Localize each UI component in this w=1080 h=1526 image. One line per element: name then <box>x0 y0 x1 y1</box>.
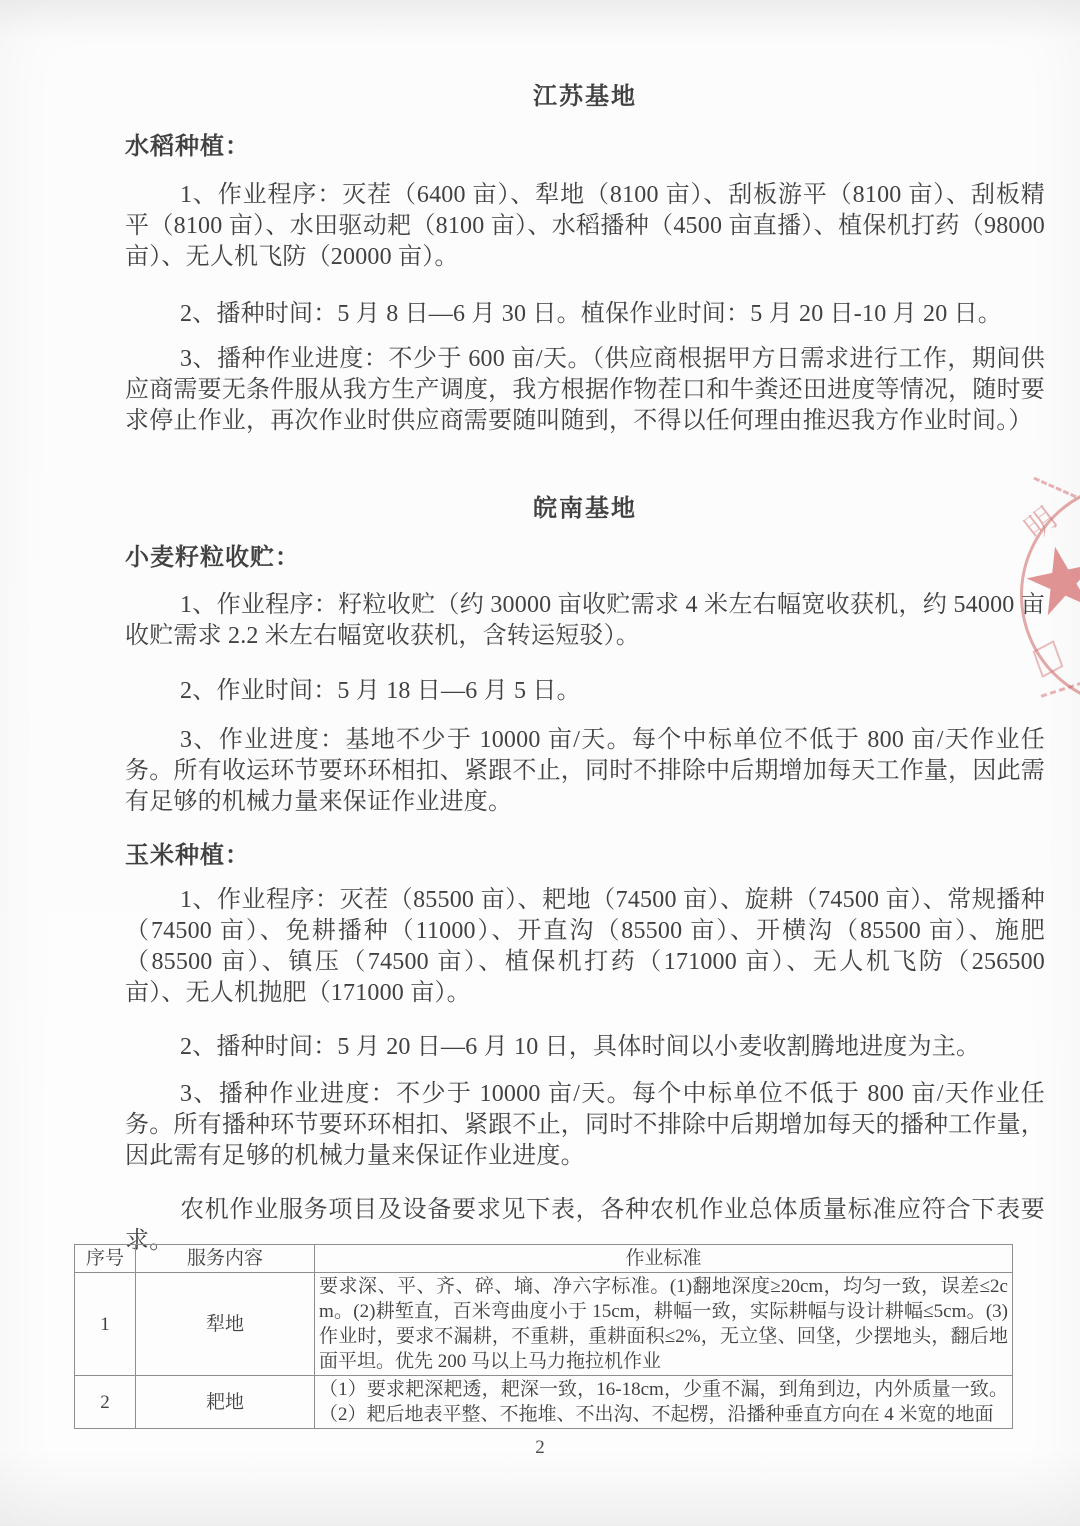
paragraph-rice-procedure: 1、作业程序：灭茬（6400 亩）、犁地（8100 亩）、刮板游平（8100 亩… <box>125 180 1045 273</box>
service-standards-table: 序号 服务内容 作业标准 1 犁地 要求深、平、齐、碎、墒、净六字标准。(1)翻… <box>74 1244 1013 1429</box>
paragraph-rice-sowing-time: 2、播种时间：5 月 8 日—6 月 30 日。植保作业时间：5 月 20 日-… <box>125 299 1045 330</box>
table-cell-standard: （1）要求耙深耙透，耙深一致，16-18cm，少重不漏，到角到边，内外质量一致。… <box>315 1376 1013 1429</box>
scanned-document-page: 江苏基地 水稻种植： 1、作业程序：灭茬（6400 亩）、犁地（8100 亩）、… <box>0 0 1080 1526</box>
table-row: 1 犁地 要求深、平、齐、碎、墒、净六字标准。(1)翻地深度≥20cm，均匀一致… <box>75 1273 1013 1376</box>
table-header-standard: 作业标准 <box>315 1245 1013 1273</box>
paragraph-corn-sowing-time: 2、播种时间：5 月 20 日—6 月 10 日，具体时间以小麦收割腾地进度为主… <box>125 1032 1045 1063</box>
table-cell-no: 1 <box>75 1273 136 1376</box>
section-title-wannan-base: 皖南基地 <box>125 488 1045 523</box>
section-title-jiangsu-base: 江苏基地 <box>125 76 1045 111</box>
table-header-service: 服务内容 <box>136 1245 315 1273</box>
table-cell-no: 2 <box>75 1376 136 1429</box>
paragraph-wheat-time: 2、作业时间：5 月 18 日—6 月 5 日。 <box>125 676 1045 707</box>
table-cell-standard: 要求深、平、齐、碎、墒、净六字标准。(1)翻地深度≥20cm，均匀一致，误差≤2… <box>315 1273 1013 1376</box>
table-header-row: 序号 服务内容 作业标准 <box>75 1245 1013 1273</box>
subsection-heading-corn-planting: 玉米种植： <box>125 835 1045 870</box>
table-header-no: 序号 <box>75 1245 136 1273</box>
page-number: 2 <box>0 1437 1080 1459</box>
table-cell-service: 犁地 <box>136 1273 315 1376</box>
paragraph-wheat-progress: 3、作业进度：基地不少于 10000 亩/天。每个中标单位不低于 800 亩/天… <box>125 725 1045 818</box>
table-cell-service: 耙地 <box>136 1376 315 1429</box>
paragraph-corn-progress: 3、播种作业进度：不少于 10000 亩/天。每个中标单位不低于 800 亩/天… <box>125 1079 1045 1172</box>
paragraph-corn-procedure: 1、作业程序：灭茬（85500 亩）、耙地（74500 亩）、旋耕（74500 … <box>125 885 1045 1009</box>
paragraph-rice-progress: 3、播种作业进度：不少于 600 亩/天。（供应商根据甲方日需求进行工作，期间供… <box>125 344 1045 437</box>
table-row: 2 耙地 （1）要求耙深耙透，耙深一致，16-18cm，少重不漏，到角到边，内外… <box>75 1376 1013 1429</box>
paragraph-wheat-procedure: 1、作业程序：籽粒收贮（约 30000 亩收贮需求 4 米左右幅宽收获机，约 5… <box>125 590 1045 652</box>
subsection-heading-rice-planting: 水稻种植： <box>125 126 1045 161</box>
subsection-heading-wheat-harvest: 小麦籽粒收贮： <box>125 537 1045 572</box>
